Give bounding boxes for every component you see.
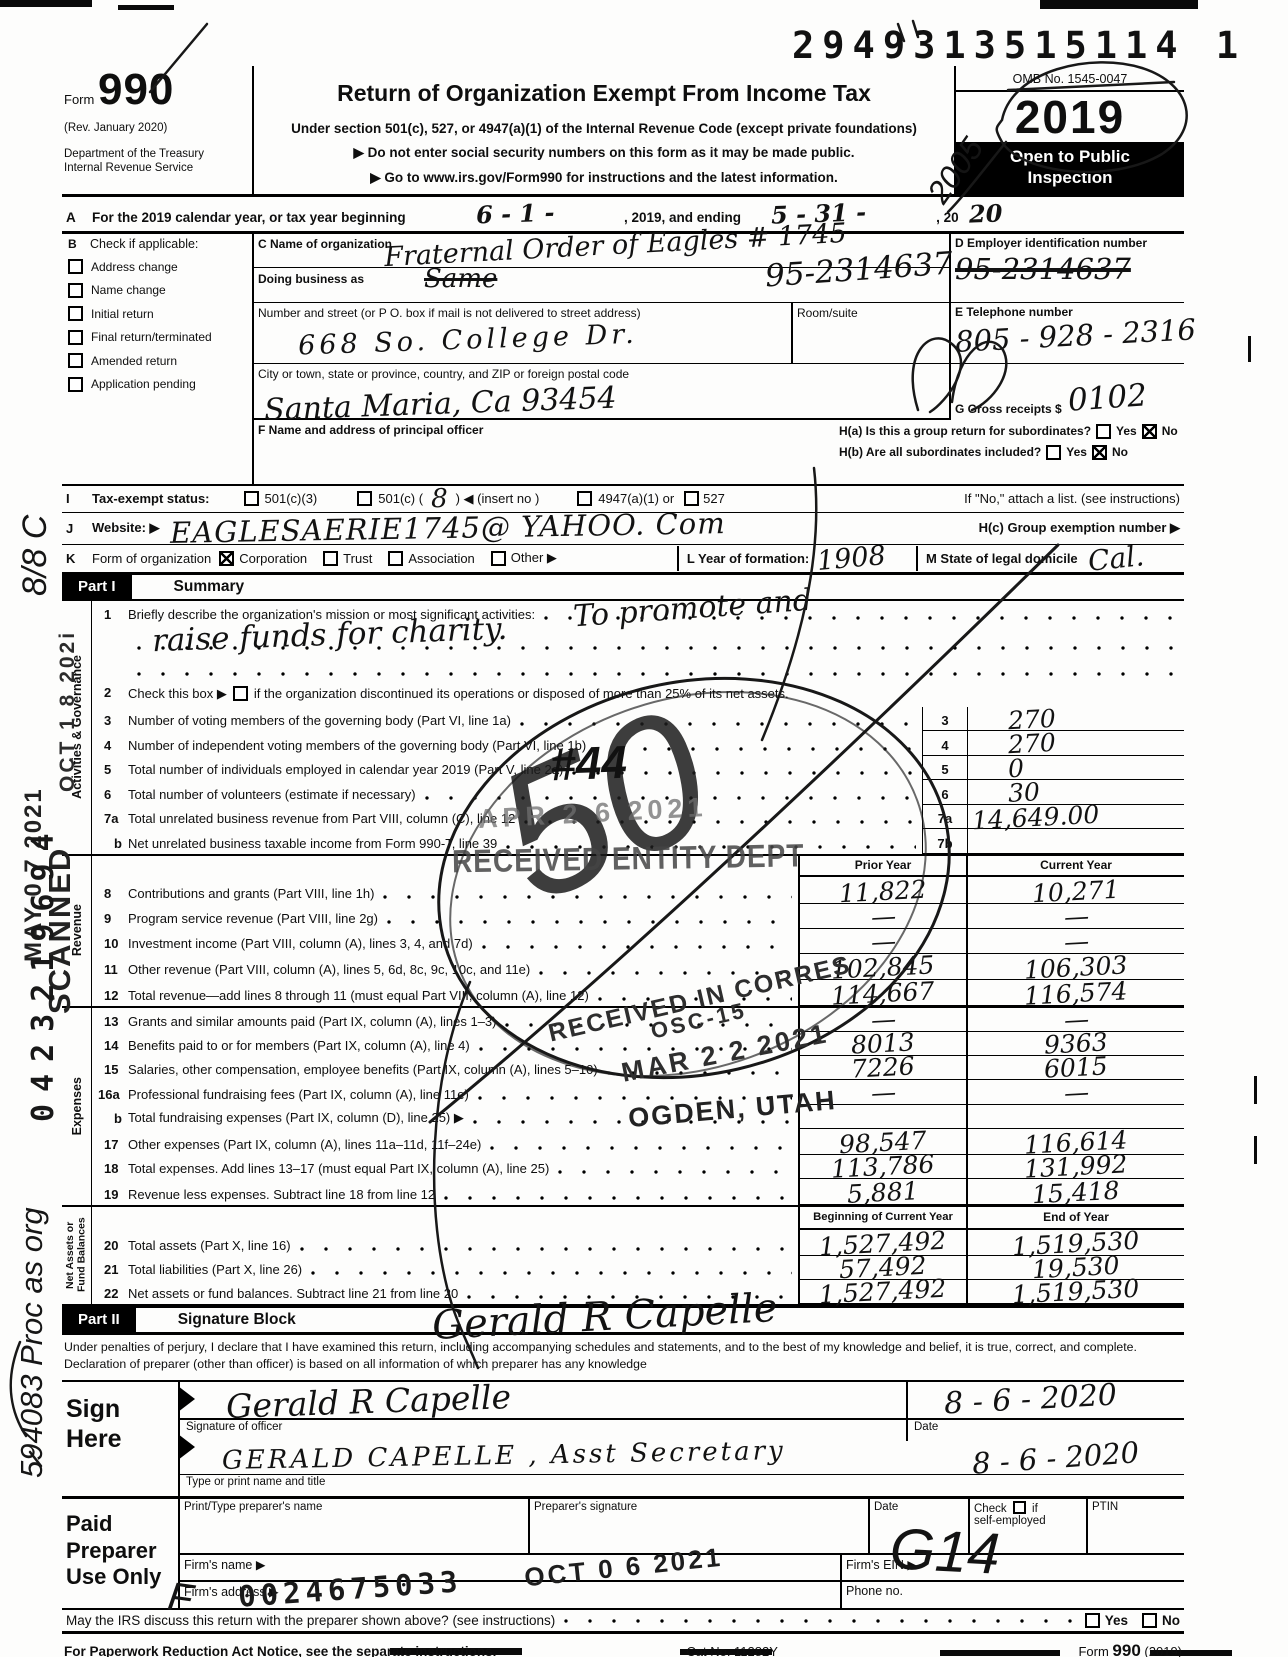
ptin-label: PTIN [1092, 1501, 1118, 1513]
part2-bar: Part II Signature Block Gerald R Capelle [62, 1307, 1184, 1335]
ha-yes-checkbox[interactable] [1096, 424, 1111, 439]
current-year-header: Current Year [966, 856, 1184, 877]
line3-box: 3 [922, 707, 968, 732]
line10-label: Investment income (Part VIII, column (A)… [128, 936, 473, 954]
association-label: Association [408, 551, 474, 566]
501c3-checkbox[interactable] [244, 491, 259, 506]
line2-label-a: Check this box ▶ [128, 686, 227, 702]
line13-number: 13 [92, 1014, 128, 1032]
discuss-no-label: No [1162, 1613, 1180, 1628]
line6-value[interactable]: 30 [1007, 781, 1040, 804]
trust-label: Trust [343, 551, 372, 566]
website-value[interactable]: EAGLESAERIE1745@ YAHOO. Com [169, 506, 725, 550]
perjury-statement: Under penalties of perjury, I declare th… [62, 1335, 1184, 1383]
line17-label: Other expenses (Part IX, column (A), lin… [128, 1137, 481, 1155]
initial-return-option: Initial return [68, 306, 250, 321]
final-return-label: Final return/terminated [91, 330, 212, 344]
final-return-option: Final return/terminated [68, 330, 250, 345]
paperwork-notice: For Paperwork Reduction Act Notice, see … [64, 1644, 496, 1657]
ptin-field[interactable]: PTIN [1088, 1499, 1184, 1555]
line20-number: 20 [92, 1238, 128, 1256]
preparer-name-label: Print/Type preparer's name [184, 1501, 322, 1513]
phone-value[interactable]: 805 - 928 - 2316 [954, 313, 1180, 359]
website-label: Website: ▶ [92, 520, 160, 536]
tax-year-row: A For the 2019 calendar year, or tax yea… [62, 197, 1184, 234]
ha-yes-label: Yes [1116, 424, 1137, 438]
room-suite-label: Room/suite [797, 306, 858, 320]
signature-date-value[interactable]: 8 - 6 - 2020 [943, 1378, 1118, 1422]
omb-year-block: OMB No. 1545-0047 2019 Open to Public In… [954, 66, 1184, 194]
gross-receipts-value[interactable]: 0102 [1067, 377, 1148, 418]
i-letter: I [66, 491, 92, 506]
line7b-label: Net unrelated business taxable income fr… [128, 836, 497, 854]
irs-discuss-row: May the IRS discuss this return with the… [62, 1610, 1184, 1634]
discuss-no-checkbox[interactable] [1142, 1613, 1157, 1628]
line8-current[interactable]: 10,271 [1032, 879, 1120, 905]
association-checkbox[interactable] [388, 551, 403, 566]
preparer-date-label: Date [874, 1501, 898, 1513]
check-if-applicable: B Check if applicable: Address change Na… [62, 234, 254, 484]
hb-yes-checkbox[interactable] [1046, 445, 1061, 460]
line3-number: 3 [92, 713, 128, 731]
line7a-box: 7a [922, 805, 968, 830]
year-formation-label: L Year of formation: [677, 546, 809, 571]
margin-handwriting-bottom: 594083 Proc as org [14, 1207, 50, 1478]
sign-here-block: SignHere Gerald R Capelle 8 - 6 - 2020 S… [62, 1382, 1184, 1499]
line10-current[interactable]: — [1063, 931, 1089, 954]
principal-officer-label: F Name and address of principal officer [258, 423, 483, 437]
row-a-text2: , 2019, and ending [624, 210, 741, 225]
ha-label: H(a) Is this a group return for subordin… [839, 424, 1091, 438]
org-form-label: Form of organization [92, 551, 211, 566]
501c-insert-value[interactable]: 8 [431, 484, 448, 514]
application-pending-option: Application pending [68, 377, 250, 392]
omb-number: OMB No. 1545-0047 [956, 66, 1184, 92]
line6-label: Total number of volunteers (estimate if … [128, 787, 416, 805]
initial-return-checkbox[interactable] [68, 306, 83, 321]
net-assets-block: Net Assets or Fund Balances Beginning of… [62, 1207, 1184, 1307]
part1-tag: Part I [62, 575, 132, 599]
form-revision: (Rev. January 2020) [64, 122, 248, 134]
line16a-label: Professional fundraising fees (Part IX, … [128, 1087, 469, 1105]
501c-checkbox[interactable] [357, 491, 372, 506]
form-word: Form [64, 92, 94, 107]
form-990-scan-page: 2949313515114 1 8/8 C OCT 1 8 202i SCANN… [0, 0, 1288, 1657]
scan-artifact [1040, 0, 1198, 9]
line14-label: Benefits paid to or for members (Part IX… [128, 1038, 470, 1056]
prior-year-header: Prior Year [798, 856, 966, 877]
line9-label: Program service revenue (Part VIII, line… [128, 911, 378, 929]
dba-value[interactable]: Same [424, 264, 497, 294]
line4-value[interactable]: 270 [1007, 732, 1056, 756]
line19-number: 19 [92, 1187, 128, 1205]
goto-instructions: ▶ Go to www.irs.gov/Form990 for instruct… [262, 170, 946, 186]
form-header: Form 990 (Rev. January 2020) Department … [62, 66, 1184, 197]
ha-no-label: No [1162, 424, 1178, 438]
city-label: City or town, state or province, country… [258, 367, 629, 381]
line5-number: 5 [92, 762, 128, 780]
line18-label: Total expenses. Add lines 13–17 (must eq… [128, 1161, 549, 1179]
line7a-number: 7a [92, 811, 128, 829]
line4-number: 4 [92, 738, 128, 756]
self-employed-checkbox[interactable] [1013, 1501, 1026, 1514]
dln-left-number: 0423219694 [26, 821, 61, 1122]
line7a-value[interactable]: 14,649.00 [972, 803, 1100, 831]
handwritten-g14: G14 [888, 1515, 1001, 1588]
hb-label: H(b) Are all subordinates included? [839, 445, 1041, 459]
line7a-label: Total unrelated business revenue from Pa… [128, 811, 515, 829]
trust-checkbox[interactable] [323, 551, 338, 566]
line7b-box: 7b [922, 829, 968, 854]
line16b-number: b [92, 1111, 128, 1129]
address-change-label: Address change [91, 260, 178, 274]
line12-number: 12 [92, 988, 128, 1006]
sidebar-net-assets: Net Assets or Fund Balances [62, 1207, 92, 1304]
org-form-row: K Form of organization Corporation Trust… [62, 545, 1184, 574]
application-pending-label: Application pending [91, 377, 196, 391]
line6-number: 6 [92, 787, 128, 805]
gross-receipts-label: G Gross receipts $ [955, 402, 1062, 416]
line16a-current[interactable]: — [1063, 1082, 1089, 1105]
line8-number: 8 [92, 886, 128, 904]
firm-name-label: Firm's name ▶ [184, 1558, 265, 1572]
name-change-label: Name change [91, 283, 166, 297]
line22-begin[interactable]: 1,527,492 [819, 1278, 947, 1306]
name-change-checkbox[interactable] [68, 283, 83, 298]
discuss-label: May the IRS discuss this return with the… [66, 1613, 555, 1628]
scan-artifact [1254, 1076, 1257, 1104]
line22-number: 22 [92, 1286, 128, 1304]
line15-label: Salaries, other compensation, employee b… [128, 1062, 598, 1080]
k-letter: K [66, 551, 92, 566]
domicile-value[interactable]: Cal. [1086, 539, 1145, 578]
4947a1-checkbox[interactable] [577, 491, 592, 506]
527-checkbox[interactable] [684, 491, 699, 506]
501c-insert-label: ) ◀ (insert no ) [456, 491, 540, 507]
corporation-label: Corporation [239, 551, 307, 566]
line8-prior[interactable]: 11,822 [839, 879, 927, 905]
ein-label: D Employer identification number [955, 236, 1180, 250]
line8-label: Contributions and grants (Part VIII, lin… [128, 886, 374, 904]
b-letter: B [68, 237, 77, 251]
attach-list-note: If "No," attach a list. (see instruction… [964, 491, 1180, 506]
line19-current[interactable]: 15,418 [1032, 1180, 1120, 1206]
line21-number: 21 [92, 1262, 128, 1280]
amended-return-option: Amended return [68, 353, 250, 368]
paid-preparer-label: PaidPreparerUse Only [62, 1499, 180, 1608]
preparer-signature-label: Preparer's signature [534, 1501, 637, 1513]
line15-prior[interactable]: 7226 [851, 1056, 916, 1081]
line15-number: 15 [92, 1062, 128, 1080]
sign-here-label: SignHere [62, 1382, 180, 1496]
line17-number: 17 [92, 1137, 128, 1155]
line20-label: Total assets (Part X, line 16) [128, 1238, 291, 1256]
hb-no-checkbox[interactable] [1092, 445, 1107, 460]
line9-current[interactable]: — [1063, 906, 1089, 929]
name-change-option: Name change [68, 283, 250, 298]
line22-end[interactable]: 1,519,530 [1012, 1278, 1140, 1306]
part1-title: Summary [132, 575, 245, 599]
margin-handwriting-top: 8/8 C [16, 515, 55, 596]
phone-field[interactable]: Phone no. [842, 1582, 1184, 1608]
line10-number: 10 [92, 936, 128, 954]
line16a-number: 16a [92, 1087, 128, 1105]
open-to-public-line1: Open to Public [956, 146, 1184, 167]
line5-box: 5 [922, 756, 968, 781]
date-label: Date [906, 1420, 1184, 1441]
initial-return-label: Initial return [91, 307, 154, 321]
line11-label: Other revenue (Part VIII, column (A), li… [128, 962, 530, 980]
501c3-label: 501(c)(3) [265, 491, 318, 506]
dept-treasury: Department of the Treasury [64, 148, 248, 160]
scan-artifact [1254, 1136, 1257, 1164]
line5-value[interactable]: 0 [1007, 757, 1024, 779]
entity-right: C Name of organization Fraternal Order o… [254, 234, 1184, 484]
line15-current[interactable]: 6015 [1044, 1056, 1109, 1081]
hb-yes-label: Yes [1066, 445, 1087, 459]
received-oct-stamp: OCT 1 8 202i [56, 630, 80, 792]
preparer-name-field[interactable]: Print/Type preparer's name [180, 1499, 530, 1555]
handwritten-pound-44: #44 [549, 735, 628, 792]
officer-signature-value[interactable]: Gerald R Capelle [225, 1377, 511, 1426]
discontinued-checkbox[interactable] [233, 686, 248, 701]
527-label: 527 [703, 491, 725, 506]
catalog-number: Cat No. 11282Y [686, 1644, 778, 1657]
j-letter: J [66, 521, 92, 536]
line13-label: Grants and similar amounts paid (Part IX… [128, 1014, 496, 1032]
application-pending-checkbox[interactable] [68, 377, 83, 392]
501c-label: 501(c) ( [378, 491, 423, 506]
line21-label: Total liabilities (Part X, line 26) [128, 1262, 302, 1280]
phone-no-label: Phone no. [846, 1584, 903, 1598]
website-row: J Website: ▶ EAGLESAERIE1745@ YAHOO. Com… [62, 513, 1184, 545]
corporation-checkbox[interactable] [219, 551, 234, 566]
form-title-block: Return of Organization Exempt From Incom… [254, 66, 954, 194]
line12-label: Total revenue—add lines 8 through 11 (mu… [128, 988, 589, 1006]
form-subtitle: Under section 501(c), 527, or 4947(a)(1)… [262, 121, 946, 136]
dba-label: Doing business as [258, 272, 364, 286]
line18-prior[interactable]: 113,786 [831, 1154, 935, 1181]
line10-prior[interactable]: — [870, 931, 896, 954]
discuss-yes-label: Yes [1105, 1613, 1128, 1628]
line6-box: 6 [922, 780, 968, 805]
form-footer-id: Form 990 (2019) [1078, 1641, 1182, 1657]
b-title: Check if applicable: [90, 237, 198, 251]
ein-handwritten-overlay: 95-2314637 [764, 245, 954, 294]
line19-label: Revenue less expenses. Subtract line 18 … [128, 1187, 435, 1205]
row-a-text1: For the 2019 calendar year, or tax year … [92, 210, 406, 225]
scan-artifact [1248, 336, 1251, 362]
line2-label-b: if the organization discontinued its ope… [254, 686, 789, 701]
line12-prior[interactable]: 114,667 [831, 981, 935, 1008]
4947a1-label: 4947(a)(1) or [598, 491, 674, 506]
entity-block: B Check if applicable: Address change Na… [62, 234, 1184, 486]
discuss-yes-checkbox[interactable] [1085, 1613, 1100, 1628]
year-formation-value[interactable]: 1908 [816, 540, 887, 577]
street-value[interactable]: 668 So. College Dr. [298, 313, 788, 361]
hb-no-label: No [1112, 445, 1128, 459]
line18-number: 18 [92, 1161, 128, 1179]
address-change-option: Address change [68, 259, 250, 274]
end-year-header: End of Year [966, 1207, 1184, 1230]
sidebar-expenses: Expenses [62, 1008, 92, 1205]
amended-return-label: Amended return [91, 354, 177, 368]
typed-name-value[interactable]: GERALD CAPELLE , Asst Secretary [222, 1436, 786, 1476]
form-number-block: Form 990 (Rev. January 2020) Department … [62, 66, 254, 194]
line2-number: 2 [92, 685, 128, 703]
other-checkbox[interactable] [491, 551, 506, 566]
line14-number: 14 [92, 1038, 128, 1056]
line19-prior[interactable]: 5,881 [847, 1180, 920, 1205]
expenses-block: Expenses 13 Grants and similar amounts p… [62, 1008, 1184, 1207]
irs-label: Internal Revenue Service [64, 162, 248, 174]
row-a-letter: A [66, 210, 92, 225]
line7b-number: b [92, 836, 128, 854]
tax-year: 2019 [956, 92, 1184, 142]
scan-artifact [0, 0, 92, 7]
final-return-checkbox[interactable] [68, 330, 83, 345]
line12-current[interactable]: 116,574 [1024, 981, 1128, 1008]
form-title: Return of Organization Exempt From Incom… [262, 80, 946, 107]
form-number: 990 [98, 65, 174, 114]
part2-title: Signature Block [136, 1308, 296, 1332]
check-label: Check [974, 1503, 1007, 1515]
tax-year-end-year[interactable]: 20 [968, 198, 1002, 228]
open-to-public-badge: Open to Public Inspection [956, 142, 1184, 194]
tax-exempt-label: Tax-exempt status: [92, 491, 210, 506]
address-change-checkbox[interactable] [68, 259, 83, 274]
if-label: if [1032, 1503, 1038, 1515]
row-a-text3: , 20 [936, 210, 959, 225]
other-label: Other ▶ [511, 550, 557, 566]
org-name-label: C Name of organization [258, 237, 392, 251]
scan-artifact [118, 5, 174, 10]
tax-year-begin-value[interactable]: 6 - 1 - [475, 197, 554, 229]
street-label: Number and street (or P O. box if mail i… [258, 306, 641, 320]
line22-label: Net assets or fund balances. Subtract li… [128, 1286, 458, 1304]
ein-value[interactable]: 95-2314637 [955, 252, 1180, 286]
part2-tag: Part II [62, 1308, 136, 1332]
line3-label: Number of voting members of the governin… [128, 713, 511, 731]
ha-no-checkbox[interactable] [1142, 424, 1157, 439]
open-to-public-line2: Inspection [956, 167, 1184, 188]
line11-number: 11 [92, 962, 128, 980]
domicile-label: M State of legal domicile [916, 546, 1078, 571]
amended-return-checkbox[interactable] [68, 353, 83, 368]
ssn-warning: ▶ Do not enter social security numbers o… [262, 145, 946, 161]
line16a-prior[interactable]: — [870, 1082, 896, 1105]
line9-prior[interactable]: — [870, 906, 896, 929]
received-entity-stamp: RECEIVED ENTITY DEPT [452, 838, 805, 881]
line4-box: 4 [922, 731, 968, 756]
group-exemption-label: H(c) Group exemption number ▶ [979, 520, 1180, 536]
dln-barcode-number: 2949313515114 1 [792, 24, 1246, 67]
line9-number: 9 [92, 911, 128, 929]
typed-date-value[interactable]: 8 - 6 - 2020 [971, 1435, 1140, 1481]
type-print-label: Type or print name and title [180, 1475, 1184, 1496]
line16b-label: Total fundraising expenses (Part IX, col… [128, 1110, 464, 1129]
form-footer: For Paperwork Reduction Act Notice, see … [62, 1634, 1184, 1657]
line1-number: 1 [92, 607, 128, 625]
